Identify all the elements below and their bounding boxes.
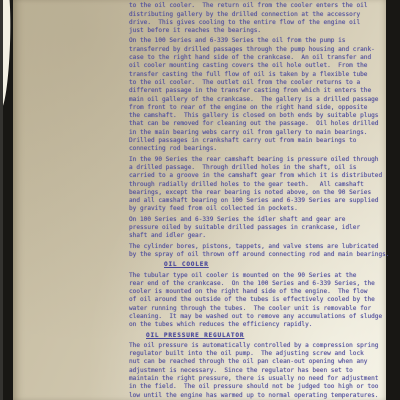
document-paper: From the crankcase connection a tube tak… xyxy=(13,0,386,400)
paragraph-oil-cooler-body: The tubular type oil cooler is mounted o… xyxy=(129,272,383,330)
paragraph-cylinder-lubrication: The cylinder bores, pistons, tappets, an… xyxy=(129,243,383,260)
paragraph-oil-pressure-regulator-body: The oil pressure is automatically contro… xyxy=(129,342,383,400)
section-heading-oil-cooler: OIL COOLER xyxy=(164,261,383,269)
scanned-manual-page: { "colors": { "ink": "#504f9d", "paper":… xyxy=(0,0,400,400)
section-heading-oil-pressure-regulator: OIL PRESSURE REGULATOR xyxy=(146,332,383,340)
text-column: From the crankcase connection a tube tak… xyxy=(129,0,383,400)
paragraph-oil-flow: to the oil cooler. The return oil from t… xyxy=(129,2,383,35)
paragraph-100-series-oil-path: On the 100 Series and 6-339 Series the o… xyxy=(129,37,383,153)
paragraph-idler-shaft-oiling: On 100 Series and 6-339 Series the idler… xyxy=(129,216,383,241)
scan-left-edge xyxy=(0,0,3,400)
paragraph-90-series-camshaft-oiling: In the 90 Series the rear camshaft beari… xyxy=(129,156,383,214)
